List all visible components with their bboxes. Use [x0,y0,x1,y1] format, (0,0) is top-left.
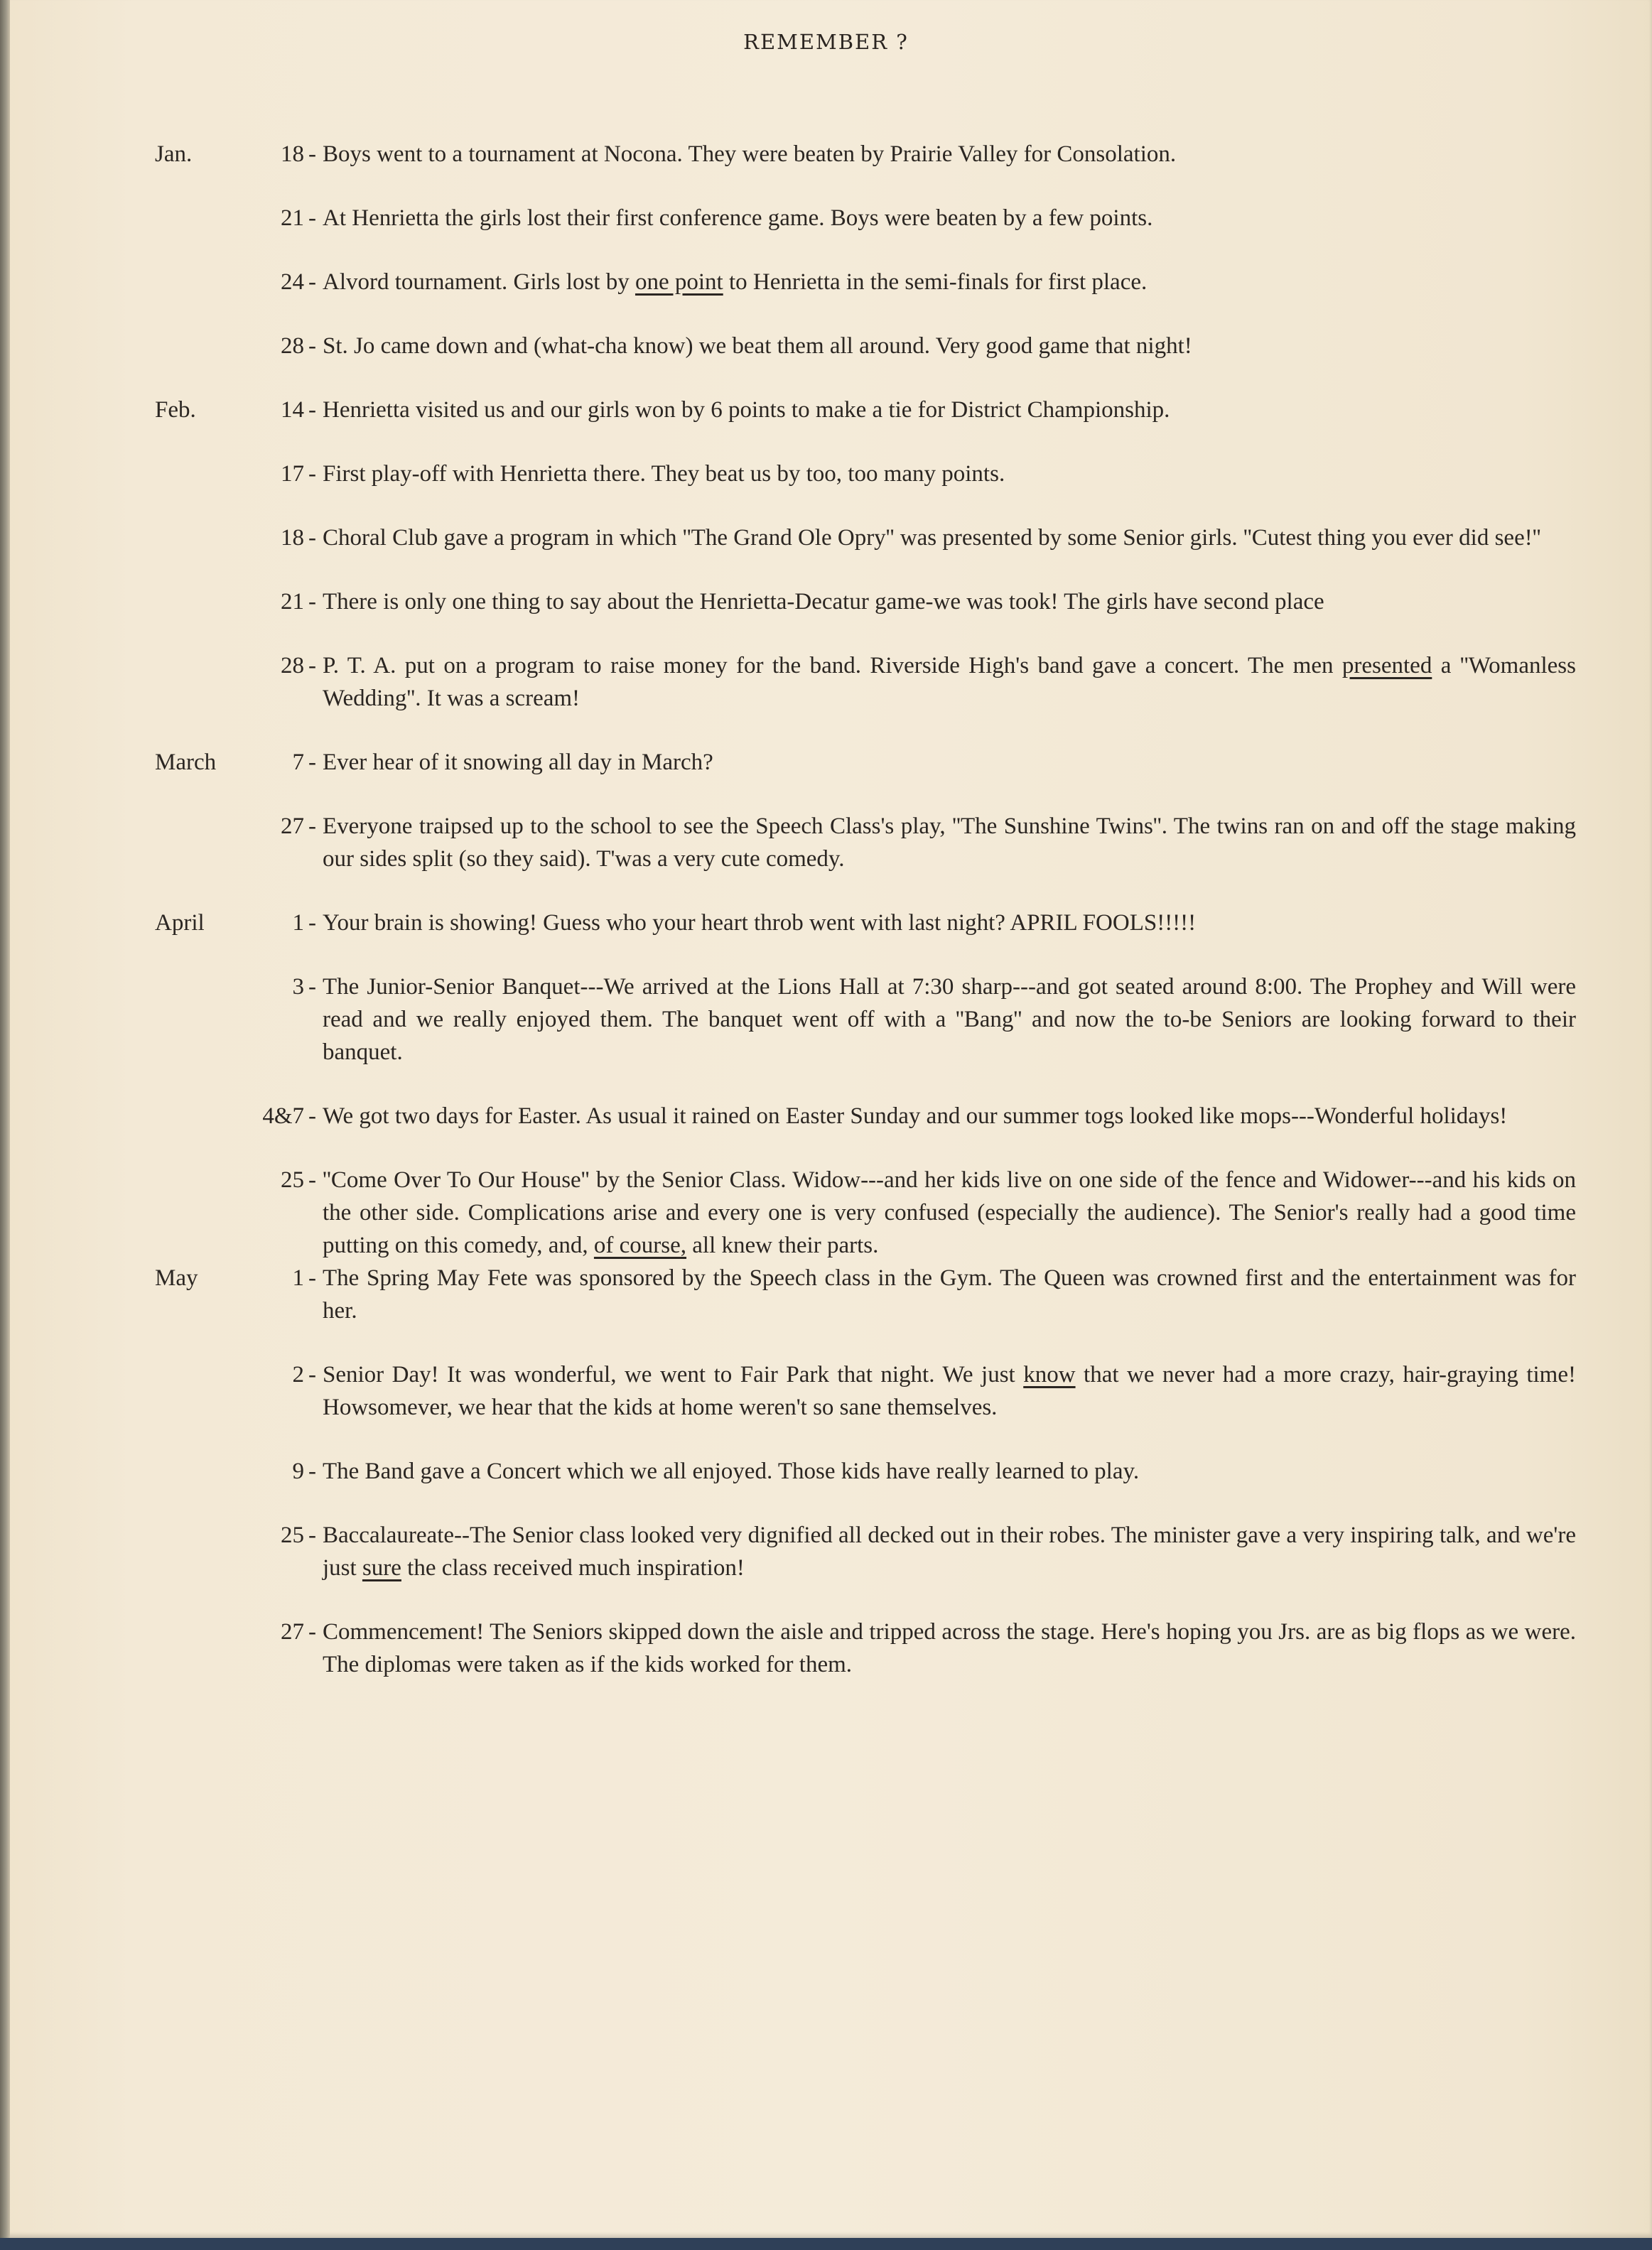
event-entry: 21 - At Henrietta the girls lost their f… [155,202,1576,234]
event-entry: 24 - Alvord tournament. Girls lost by on… [155,266,1576,298]
entry-text-part: Senior Day! It was wonderful, we went to… [323,1362,1023,1388]
entry-month [155,649,234,715]
underlined-emphasis: presented [1342,653,1432,678]
entry-text-part: the class received much inspiration! [401,1555,745,1581]
entry-dash: - [308,1616,323,1681]
entry-day: 25 [234,1164,308,1262]
entry-dash: - [308,521,323,554]
event-entry: 2 - Senior Day! It was wonderful, we wen… [155,1358,1576,1424]
entry-day: 21 [234,202,308,234]
underlined-emphasis: sure [362,1555,401,1581]
entry-month [155,1358,234,1424]
entry-month: Feb. [155,394,234,426]
entry-dash: - [308,458,323,490]
entry-day: 9 [234,1455,308,1488]
entry-day: 1 [234,907,308,939]
entry-day: 14 [234,394,308,426]
entry-day: 2 [234,1358,308,1424]
entry-dash: - [308,1262,323,1327]
event-entry: Jan. 18 - Boys went to a tournament at N… [155,138,1576,171]
entry-text: Ever hear of it snowing all day in March… [323,746,1576,779]
entry-day: 18 [234,138,308,171]
entry-dash: - [308,138,323,171]
entry-month: Jan. [155,138,234,171]
event-entry: 25 - ''Come Over To Our House'' by the S… [155,1164,1576,1262]
entry-text-part: P. T. A. put on a program to raise money… [323,653,1342,678]
entry-dash: - [308,202,323,234]
entry-day: 28 [234,649,308,715]
entry-day: 1 [234,1262,308,1327]
entry-text: There is only one thing to say about the… [323,585,1576,618]
entry-dash: - [308,746,323,779]
entry-text: St. Jo came down and (what-cha know) we … [323,330,1576,362]
entry-text: ''Come Over To Our House'' by the Senior… [323,1164,1576,1262]
event-list: Jan. 18 - Boys went to a tournament at N… [155,138,1576,1712]
page-title: REMEMBER ? [0,30,1652,54]
entry-text: Baccalaureate--The Senior class looked v… [323,1519,1576,1584]
entry-text: The Junior-Senior Banquet---We arrived a… [323,970,1576,1069]
entry-month: April [155,907,234,939]
event-entry: Feb. 14 - Henrietta visited us and our g… [155,394,1576,426]
underlined-emphasis: know [1023,1362,1075,1388]
entry-month [155,1455,234,1488]
entry-dash: - [308,1519,323,1584]
entry-dash: - [308,1164,323,1262]
entry-day: 27 [234,1616,308,1681]
entry-text: We got two days for Easter. As usual it … [323,1100,1576,1132]
entry-text-part: all knew their parts. [686,1233,878,1258]
event-entry: March 7 - Ever hear of it snowing all da… [155,746,1576,779]
entry-month [155,585,234,618]
entry-month [155,1616,234,1681]
entry-month: March [155,746,234,779]
entry-month [155,521,234,554]
entry-month [155,1519,234,1584]
underlined-emphasis: of course, [594,1233,686,1258]
event-entry: 27 - Everyone traipsed up to the school … [155,810,1576,875]
event-entry: 28 - P. T. A. put on a program to raise … [155,649,1576,715]
entry-dash: - [308,394,323,426]
event-entry: 17 - First play-off with Henrietta there… [155,458,1576,490]
entry-month [155,330,234,362]
entry-text: Boys went to a tournament at Nocona. The… [323,138,1576,171]
entry-month [155,266,234,298]
yearbook-page: REMEMBER ? Jan. 18 - Boys went to a tour… [0,0,1652,2238]
entry-month [155,810,234,875]
page-binding-edge [0,0,10,2238]
entry-dash: - [308,907,323,939]
entry-text: The Band gave a Concert which we all enj… [323,1455,1576,1488]
event-entry: 3 - The Junior-Senior Banquet---We arriv… [155,970,1576,1069]
entry-day: 18 [234,521,308,554]
event-entry: May 1 - The Spring May Fete was sponsore… [155,1262,1576,1327]
entry-month [155,202,234,234]
event-entry: 9 - The Band gave a Concert which we all… [155,1455,1576,1488]
event-entry: 21 - There is only one thing to say abou… [155,585,1576,618]
entry-month: May [155,1262,234,1327]
entry-day: 4&7 [234,1100,308,1132]
entry-dash: - [308,649,323,715]
entry-dash: - [308,266,323,298]
entry-day: 3 [234,970,308,1069]
event-entry: 25 - Baccalaureate--The Senior class loo… [155,1519,1576,1584]
entry-text-part: ''Come Over To Our House'' by the Senior… [323,1167,1576,1258]
event-entry: 4&7 - We got two days for Easter. As usu… [155,1100,1576,1132]
entry-text: Alvord tournament. Girls lost by one poi… [323,266,1576,298]
entry-day: 25 [234,1519,308,1584]
entry-dash: - [308,970,323,1069]
entry-text: At Henrietta the girls lost their first … [323,202,1576,234]
entry-month [155,458,234,490]
entry-month [155,1164,234,1262]
entry-text: Senior Day! It was wonderful, we went to… [323,1358,1576,1424]
entry-dash: - [308,1100,323,1132]
entry-month [155,970,234,1069]
underlined-emphasis: one point [635,269,723,295]
event-entry: April 1 - Your brain is showing! Guess w… [155,907,1576,939]
entry-day: 7 [234,746,308,779]
entry-day: 24 [234,266,308,298]
entry-text-part: Alvord tournament. Girls lost by [323,269,635,295]
entry-text: P. T. A. put on a program to raise money… [323,649,1576,715]
entry-text: The Spring May Fete was sponsored by the… [323,1262,1576,1327]
entry-day: 21 [234,585,308,618]
entry-dash: - [308,330,323,362]
entry-dash: - [308,1358,323,1424]
entry-text: Choral Club gave a program in which ''Th… [323,521,1576,554]
entry-text: Henrietta visited us and our girls won b… [323,394,1576,426]
entry-text: Everyone traipsed up to the school to se… [323,810,1576,875]
event-entry: 18 - Choral Club gave a program in which… [155,521,1576,554]
entry-day: 27 [234,810,308,875]
entry-dash: - [308,585,323,618]
entry-day: 17 [234,458,308,490]
entry-text: First play-off with Henrietta there. The… [323,458,1576,490]
entry-month [155,1100,234,1132]
event-entry: 27 - Commencement! The Seniors skipped d… [155,1616,1576,1681]
event-entry: 28 - St. Jo came down and (what-cha know… [155,330,1576,362]
entry-text: Commencement! The Seniors skipped down t… [323,1616,1576,1681]
entry-dash: - [308,810,323,875]
entry-dash: - [308,1455,323,1488]
entry-text-part: to Henrietta in the semi-finals for firs… [723,269,1148,295]
entry-day: 28 [234,330,308,362]
entry-text: Your brain is showing! Guess who your he… [323,907,1576,939]
